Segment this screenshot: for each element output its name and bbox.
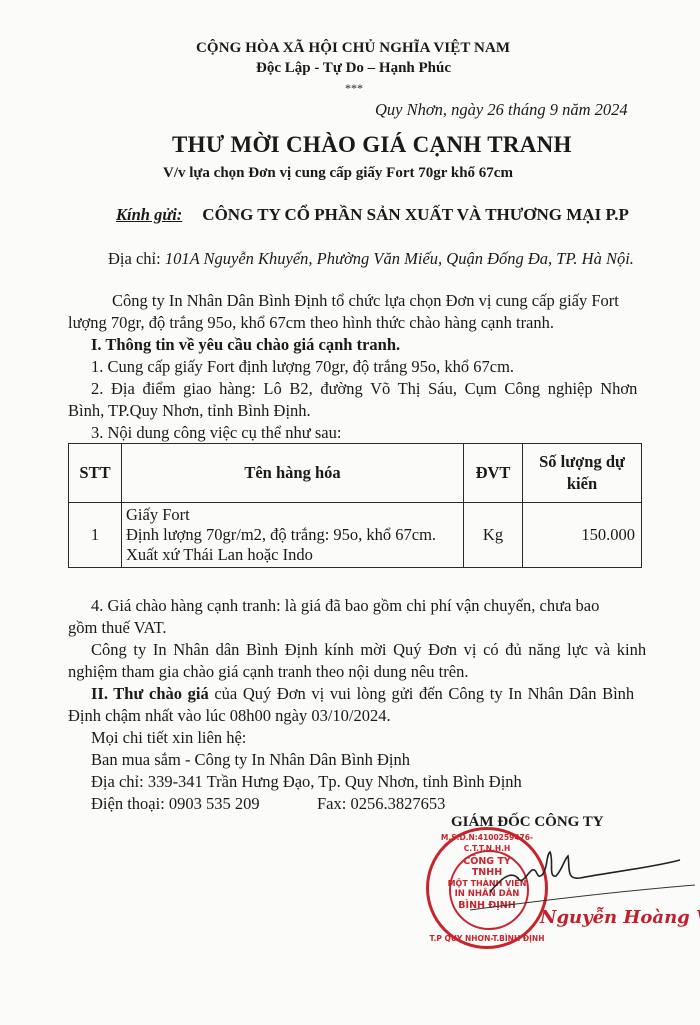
national-title: CỘNG HÒA XÃ HỘI CHỦ NGHĨA VIỆT NAM	[196, 40, 510, 57]
invitation-line-1: Công ty In Nhân dân Bình Định kính mời Q…	[91, 639, 646, 661]
cell-name-line-1: Giấy Fort	[126, 505, 190, 524]
cell-name-line-2: Định lượng 70gr/m2, độ trắng: 95o, khổ 6…	[126, 525, 436, 544]
seal-ring-bottom: T.P QUY NHƠN-T.BÌNH ĐỊNH	[429, 933, 545, 944]
section-2-heading: II. Thư chào giá	[91, 684, 209, 703]
header-stars: ***	[345, 81, 363, 96]
section-1-item-2-line-2: Bình, TP.Quy Nhơn, tỉnh Bình Định.	[68, 400, 311, 422]
table-row: 1 Giấy Fort Định lượng 70gr/m2, độ trắng…	[69, 503, 642, 568]
recipient-label: Kính gửi:	[116, 205, 182, 224]
col-header-unit: ĐVT	[464, 444, 523, 503]
goods-table: STT Tên hàng hóa ĐVT Số lượng dự kiến 1 …	[68, 443, 642, 568]
invitation-line-2: nghiệm tham gia chào giá cạnh tranh theo…	[68, 661, 468, 683]
intro-line-2: lượng 70gr, độ trắng 95o, khổ 67cm theo …	[68, 312, 554, 334]
section-1-item-1: 1. Cung cấp giấy Fort định lượng 70gr, đ…	[91, 356, 514, 378]
national-motto: Độc Lập - Tự Do – Hạnh Phúc	[256, 60, 451, 77]
document-title: THƯ MỜI CHÀO GIÁ CẠNH TRANH	[172, 132, 572, 158]
col-header-name: Tên hàng hóa	[122, 444, 464, 503]
contact-department: Ban mua sắm - Công ty In Nhân Dân Bình Đ…	[91, 749, 410, 771]
recipient-line: Kính gửi: CÔNG TY CỔ PHẦN SẢN XUẤT VÀ TH…	[116, 205, 629, 225]
section-2-line-1-rest: của Quý Đơn vị vui lòng gửi đến Công ty …	[209, 684, 634, 703]
cell-stt: 1	[69, 503, 122, 568]
recipient-address-value: 101A Nguyễn Khuyến, Phường Văn Miếu, Quậ…	[165, 249, 634, 268]
section-1-item-3: 3. Nội dung công việc cụ thể như sau:	[91, 422, 341, 444]
contact-address: Địa chỉ: 339-341 Trần Hưng Đạo, Tp. Quy …	[91, 771, 522, 793]
section-2-line-2: Định chậm nhất vào lúc 08h00 ngày 03/10/…	[68, 705, 391, 727]
col-header-qty: Số lượng dự kiến	[523, 444, 642, 503]
cell-qty: 150.000	[523, 503, 642, 568]
cell-name-line-3: Xuất xứ Thái Lan hoặc Indo	[126, 545, 313, 564]
cell-name: Giấy Fort Định lượng 70gr/m2, độ trắng: …	[122, 503, 464, 568]
recipient-name: CÔNG TY CỔ PHẦN SẢN XUẤT VÀ THƯƠNG MẠI P…	[202, 205, 629, 224]
section-2-line-1: II. Thư chào giá của Quý Đơn vị vui lòng…	[91, 683, 634, 705]
recipient-address-label: Địa chỉ:	[108, 249, 165, 268]
col-header-qty-line-2: kiến	[567, 474, 597, 493]
table-header-row: STT Tên hàng hóa ĐVT Số lượng dự kiến	[69, 444, 642, 503]
recipient-address: Địa chỉ: 101A Nguyễn Khuyến, Phường Văn …	[108, 248, 634, 270]
document-subject: V/v lựa chọn Đơn vị cung cấp giấy Fort 7…	[163, 165, 513, 182]
col-header-qty-line-1: Số lượng dự	[539, 452, 625, 471]
contact-phone: Điện thoại: 0903 535 209	[91, 793, 260, 815]
contact-intro: Mọi chi tiết xin liên hệ:	[91, 727, 246, 749]
col-header-stt: STT	[69, 444, 122, 503]
section-1-heading: I. Thông tin về yêu cầu chào giá cạnh tr…	[91, 334, 400, 356]
signer-name: Nguyễn Hoàng Vy	[540, 907, 700, 928]
section-1-item-2-line-1: 2. Địa điểm giao hàng: Lô B2, đường Võ T…	[91, 378, 641, 400]
section-1-item-4-line-1: 4. Giá chào hàng cạnh tranh: là giá đã b…	[91, 595, 599, 617]
intro-line-1: Công ty In Nhân Dân Bình Định tổ chức lự…	[112, 290, 619, 312]
section-1-item-4-line-2: gồm thuế VAT.	[68, 617, 167, 639]
place-date: Quy Nhơn, ngày 26 tháng 9 năm 2024	[375, 100, 628, 120]
cell-unit: Kg	[464, 503, 523, 568]
contact-fax: Fax: 0256.3827653	[317, 793, 445, 815]
